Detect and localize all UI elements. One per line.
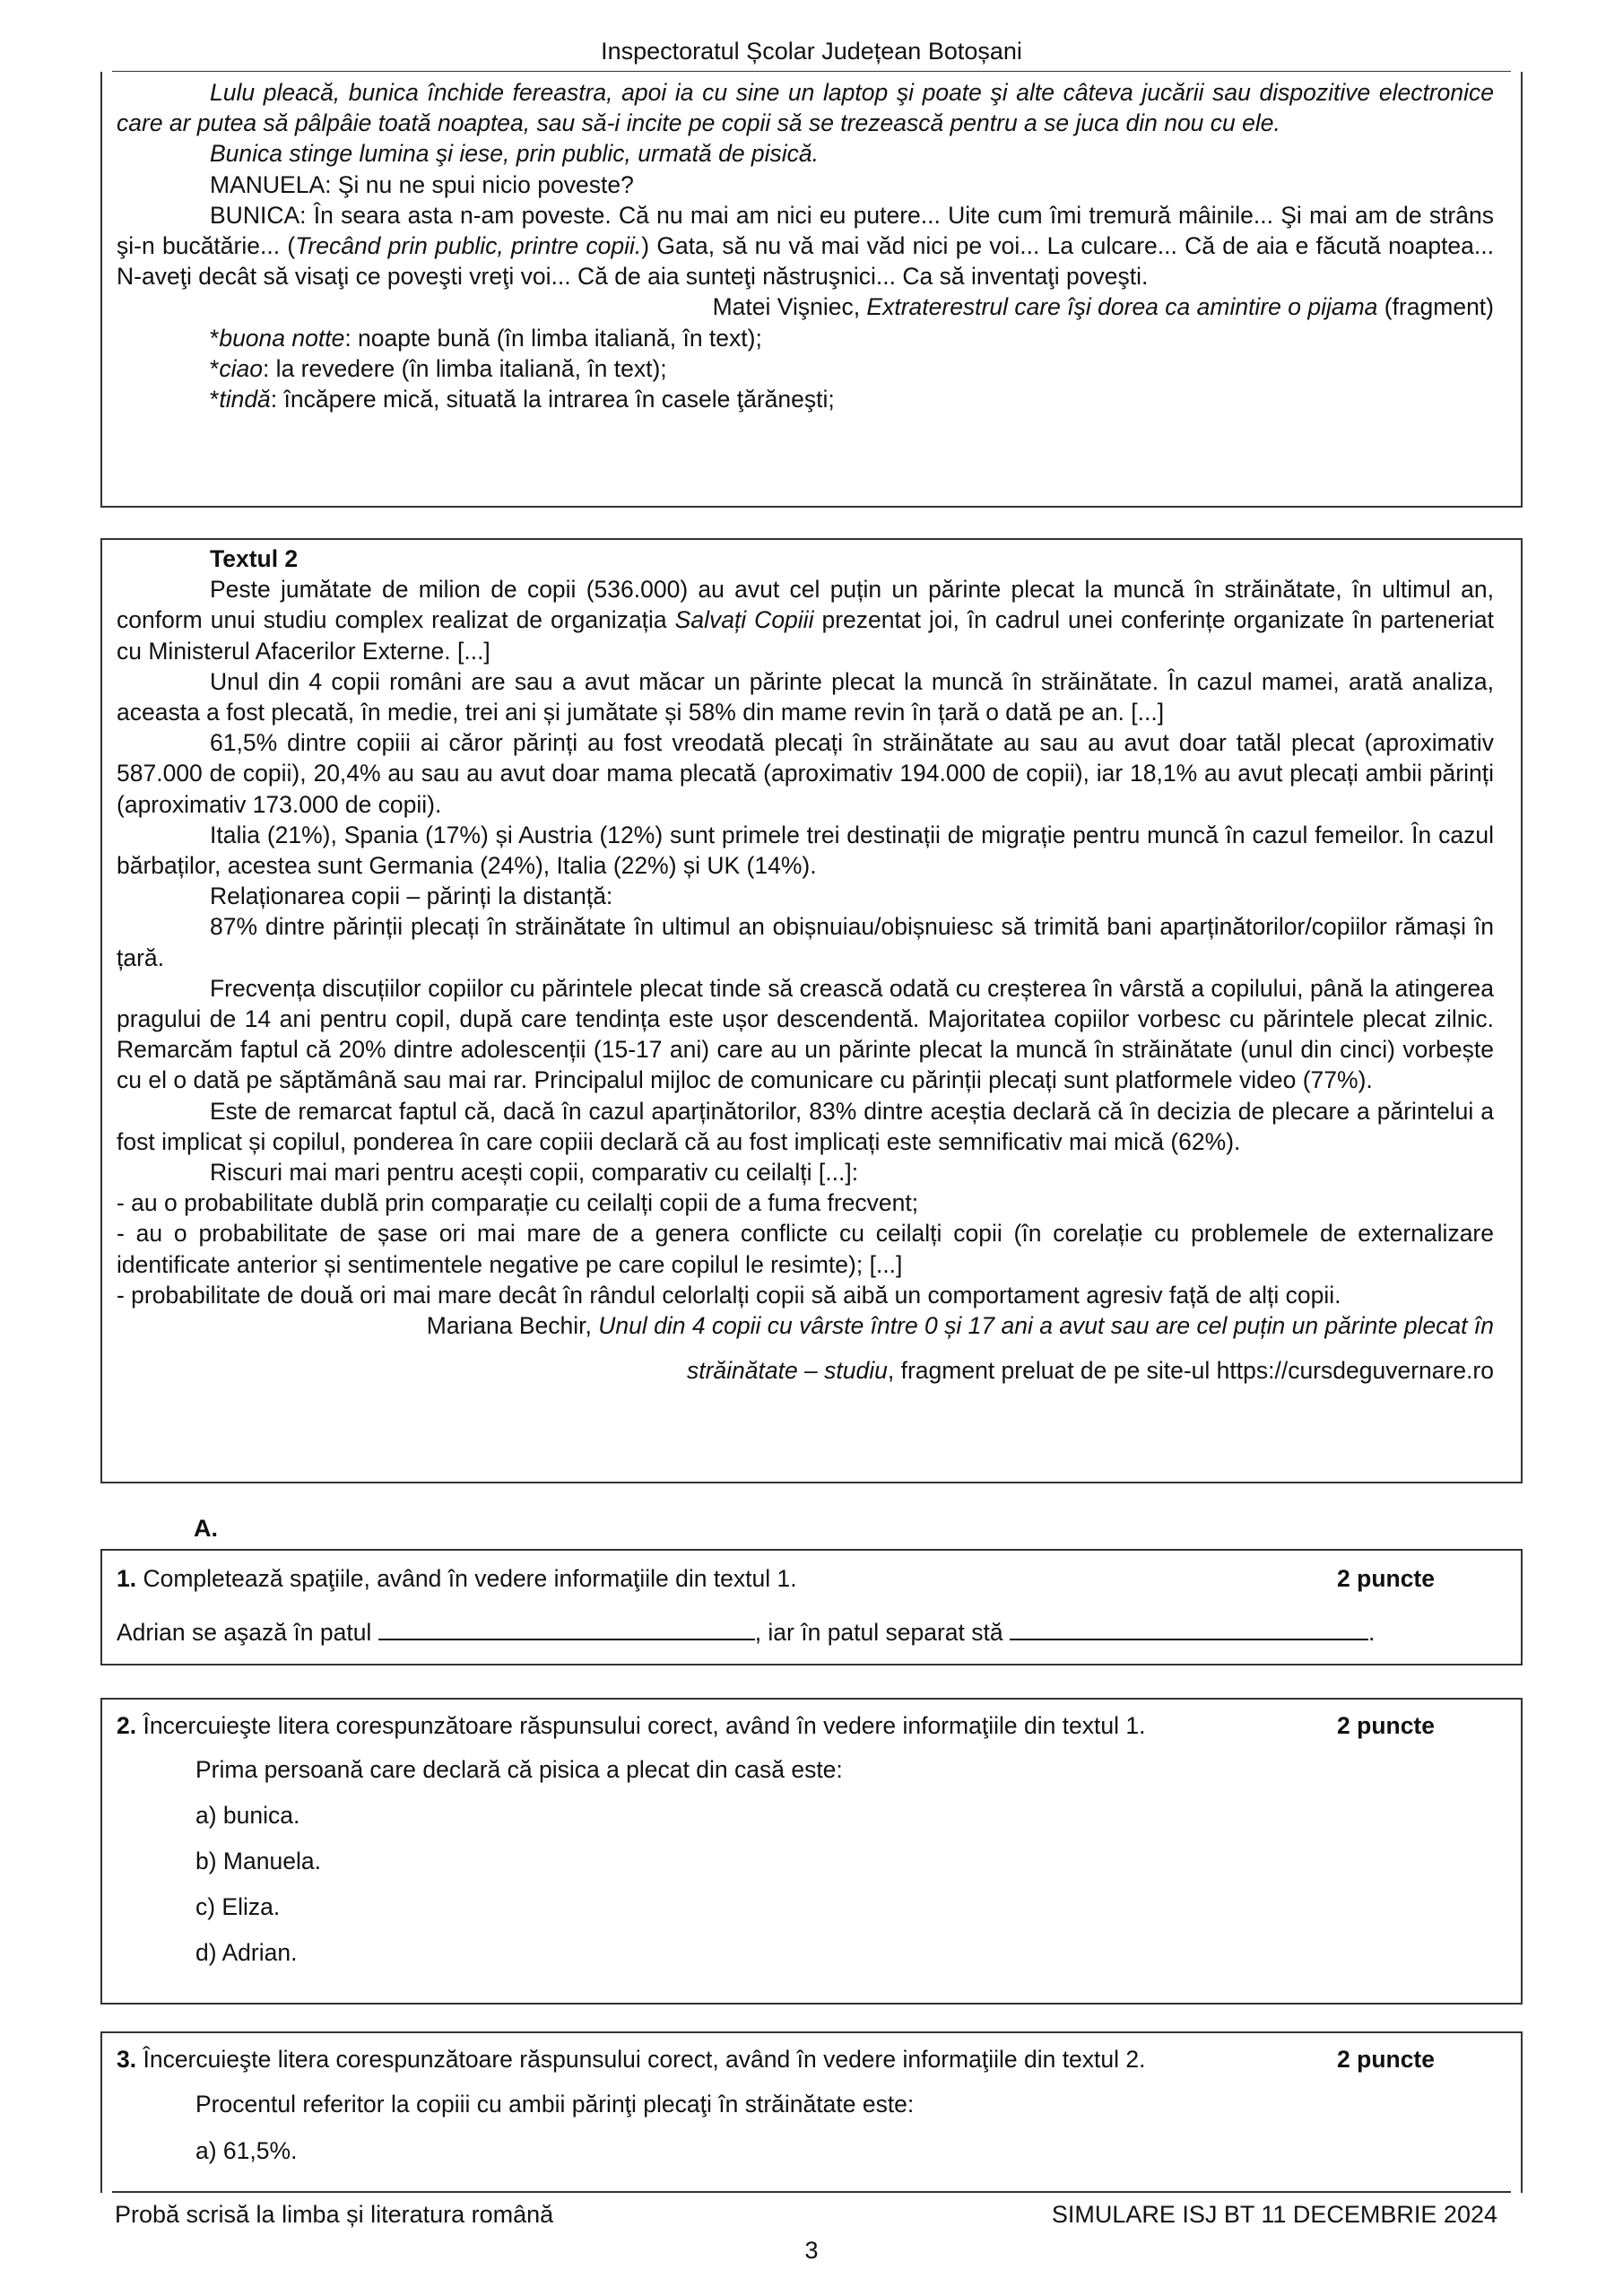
paragraph: Unul din 4 copii români are sau a avut m… (117, 666, 1494, 727)
footer-exam-name: Probă scrisă la limba și literatura româ… (115, 2199, 553, 2230)
question-3-header: 3. Încercuieşte litera corespunzătoare r… (117, 2044, 1506, 2074)
source-suffix: (fragment) (1377, 293, 1494, 320)
question-prompt: Încercuieşte litera corespunzătoare răsp… (136, 1712, 1145, 1739)
answer-option-a[interactable]: a) bunica. (195, 1800, 1506, 1831)
question-2-header: 2. Încercuieşte litera corespunzătoare r… (117, 1710, 1506, 1741)
glossary-item: *tindă: încăpere mică, situată la intrar… (117, 384, 1494, 414)
question-prompt: Completează spaţiile, având în vedere in… (136, 1565, 797, 1592)
page-header-title: Inspectoratul Școlar Județean Botoșani (0, 36, 1623, 66)
dialogue-line-bunica: BUNICA: În seara asta n-am poveste. Că n… (117, 200, 1494, 292)
footnote-marker: * (210, 355, 219, 382)
question-1-header: 1. Completează spaţiile, având în vedere… (117, 1563, 1506, 1594)
question-3-prompt: 3. Încercuieşte litera corespunzătoare r… (117, 2044, 1146, 2074)
paragraph: Peste jumătate de milion de copii (536.0… (117, 574, 1494, 666)
footnote-marker: * (210, 325, 219, 352)
risk-bullet: - au o probabilitate dublă prin comparaț… (117, 1187, 1494, 1218)
glossary-item: *ciao: la revedere (în limba italiană, î… (117, 353, 1494, 384)
question-points: 2 puncte (1337, 1563, 1506, 1594)
question-points: 2 puncte (1337, 1710, 1506, 1741)
risk-bullet: - probabilitate de două ori mai mare dec… (117, 1280, 1494, 1310)
inline-stage-direction: Trecând prin public, printre copii. (295, 232, 641, 259)
stage-direction: Lulu pleacă, bunica închide fereastra, a… (117, 77, 1494, 138)
question-3-stem: Procentul referitor la copiii cu ambii p… (195, 2089, 1506, 2119)
question-number: 1. (117, 1565, 136, 1592)
page-number: 3 (0, 2235, 1623, 2266)
answer-option-a[interactable]: a) 61,5%. (195, 2135, 1506, 2166)
question-1-box: 1. Completează spaţiile, având în vedere… (100, 1549, 1523, 1665)
dialogue-line-manuela: MANUELA: Şi nu ne spui nicio poveste? (117, 170, 1494, 200)
fill-text: . (1368, 1619, 1375, 1646)
organization-name: Salvați Copiii (675, 606, 814, 633)
stage-direction: Bunica stinge lumina şi iese, prin publi… (117, 138, 1494, 169)
footnote-marker: * (210, 386, 219, 413)
glossary-definition: : noapte bună (în limba italiană, în tex… (344, 325, 762, 352)
text2-source-line1: Mariana Bechir, Unul din 4 copii cu vârs… (117, 1310, 1494, 1341)
source-author: Mariana Bechir, (427, 1312, 598, 1339)
glossary-list: *buona notte: noapte bună (în limba ital… (117, 323, 1494, 415)
question-1-fill-sentence: Adrian se aşază în patul , iar în patul … (117, 1617, 1506, 1648)
answer-blank-2[interactable] (1010, 1617, 1368, 1640)
paragraph: Este de remarcat faptul că, dacă în cazu… (117, 1096, 1494, 1157)
source-author: Matei Vişniec, (713, 293, 867, 320)
paragraph: Riscuri mai mari pentru acești copii, co… (117, 1157, 1494, 1187)
question-2-stem: Prima persoană care declară că pisica a … (195, 1754, 1506, 1785)
source-title: Unul din 4 copii cu vârste între 0 și 17… (598, 1312, 1494, 1339)
glossary-item: *buona notte: noapte bună (în limba ital… (117, 323, 1494, 353)
question-1-prompt: 1. Completează spaţiile, având în vedere… (117, 1563, 797, 1594)
question-prompt: Încercuieşte litera corespunzătoare răsp… (136, 2046, 1145, 2073)
source-suffix: , fragment preluat de pe site-ul https:/… (888, 1357, 1494, 1384)
text2-source-line2: străinătate – studiu, fragment preluat d… (117, 1355, 1494, 1386)
question-2-box: 2. Încercuieşte litera corespunzătoare r… (100, 1698, 1523, 2005)
section-label: A. (194, 1513, 218, 1544)
text2-title: Textul 2 (117, 544, 1494, 574)
fill-text: , iar în patul separat stă (755, 1619, 1010, 1646)
question-number: 3. (117, 2046, 136, 2073)
footer-divider (112, 2191, 1511, 2193)
question-3-box: 3. Încercuieşte litera corespunzătoare r… (100, 2031, 1523, 2193)
glossary-definition: : încăpere mică, situată la intrarea în … (271, 386, 835, 413)
paragraph: 87% dintre părinții plecați în străinăta… (117, 911, 1494, 972)
glossary-definition: : la revedere (în limba italiană, în tex… (263, 355, 667, 382)
source-title: Extraterestrul care îşi dorea ca amintir… (866, 293, 1377, 320)
question-2-prompt: 2. Încercuieşte litera corespunzătoare r… (117, 1710, 1146, 1741)
text2-box: Textul 2 Peste jumătate de milion de cop… (100, 538, 1523, 1483)
fill-text: Adrian se aşază în patul (117, 1619, 378, 1646)
risk-bullet: - au o probabilitate de șase ori mai mar… (117, 1218, 1494, 1279)
question-points: 2 puncte (1337, 2044, 1506, 2074)
text1-source: Matei Vişniec, Extraterestrul care îşi d… (117, 291, 1494, 322)
source-title: străinătate – studiu (687, 1357, 888, 1384)
glossary-term: tindă (219, 386, 270, 413)
paragraph: Frecvența discuțiilor copiilor cu părint… (117, 973, 1494, 1096)
text1-box: Lulu pleacă, bunica închide fereastra, a… (100, 72, 1523, 508)
answer-blank-1[interactable] (378, 1617, 755, 1640)
footer-exam-date: SIMULARE ISJ BT 11 DECEMBRIE 2024 (1052, 2199, 1497, 2230)
paragraph: Relaționarea copii – părinți la distanță… (117, 881, 1494, 911)
glossary-term: buona notte (219, 325, 344, 352)
answer-option-b[interactable]: b) Manuela. (195, 1846, 1506, 1876)
answer-option-d[interactable]: d) Adrian. (195, 1937, 1506, 1968)
question-number: 2. (117, 1712, 136, 1739)
answer-option-c[interactable]: c) Eliza. (195, 1892, 1506, 1922)
paragraph: Italia (21%), Spania (17%) și Austria (1… (117, 820, 1494, 881)
paragraph: 61,5% dintre copiii ai căror părinți au … (117, 727, 1494, 820)
glossary-term: ciao (219, 355, 263, 382)
